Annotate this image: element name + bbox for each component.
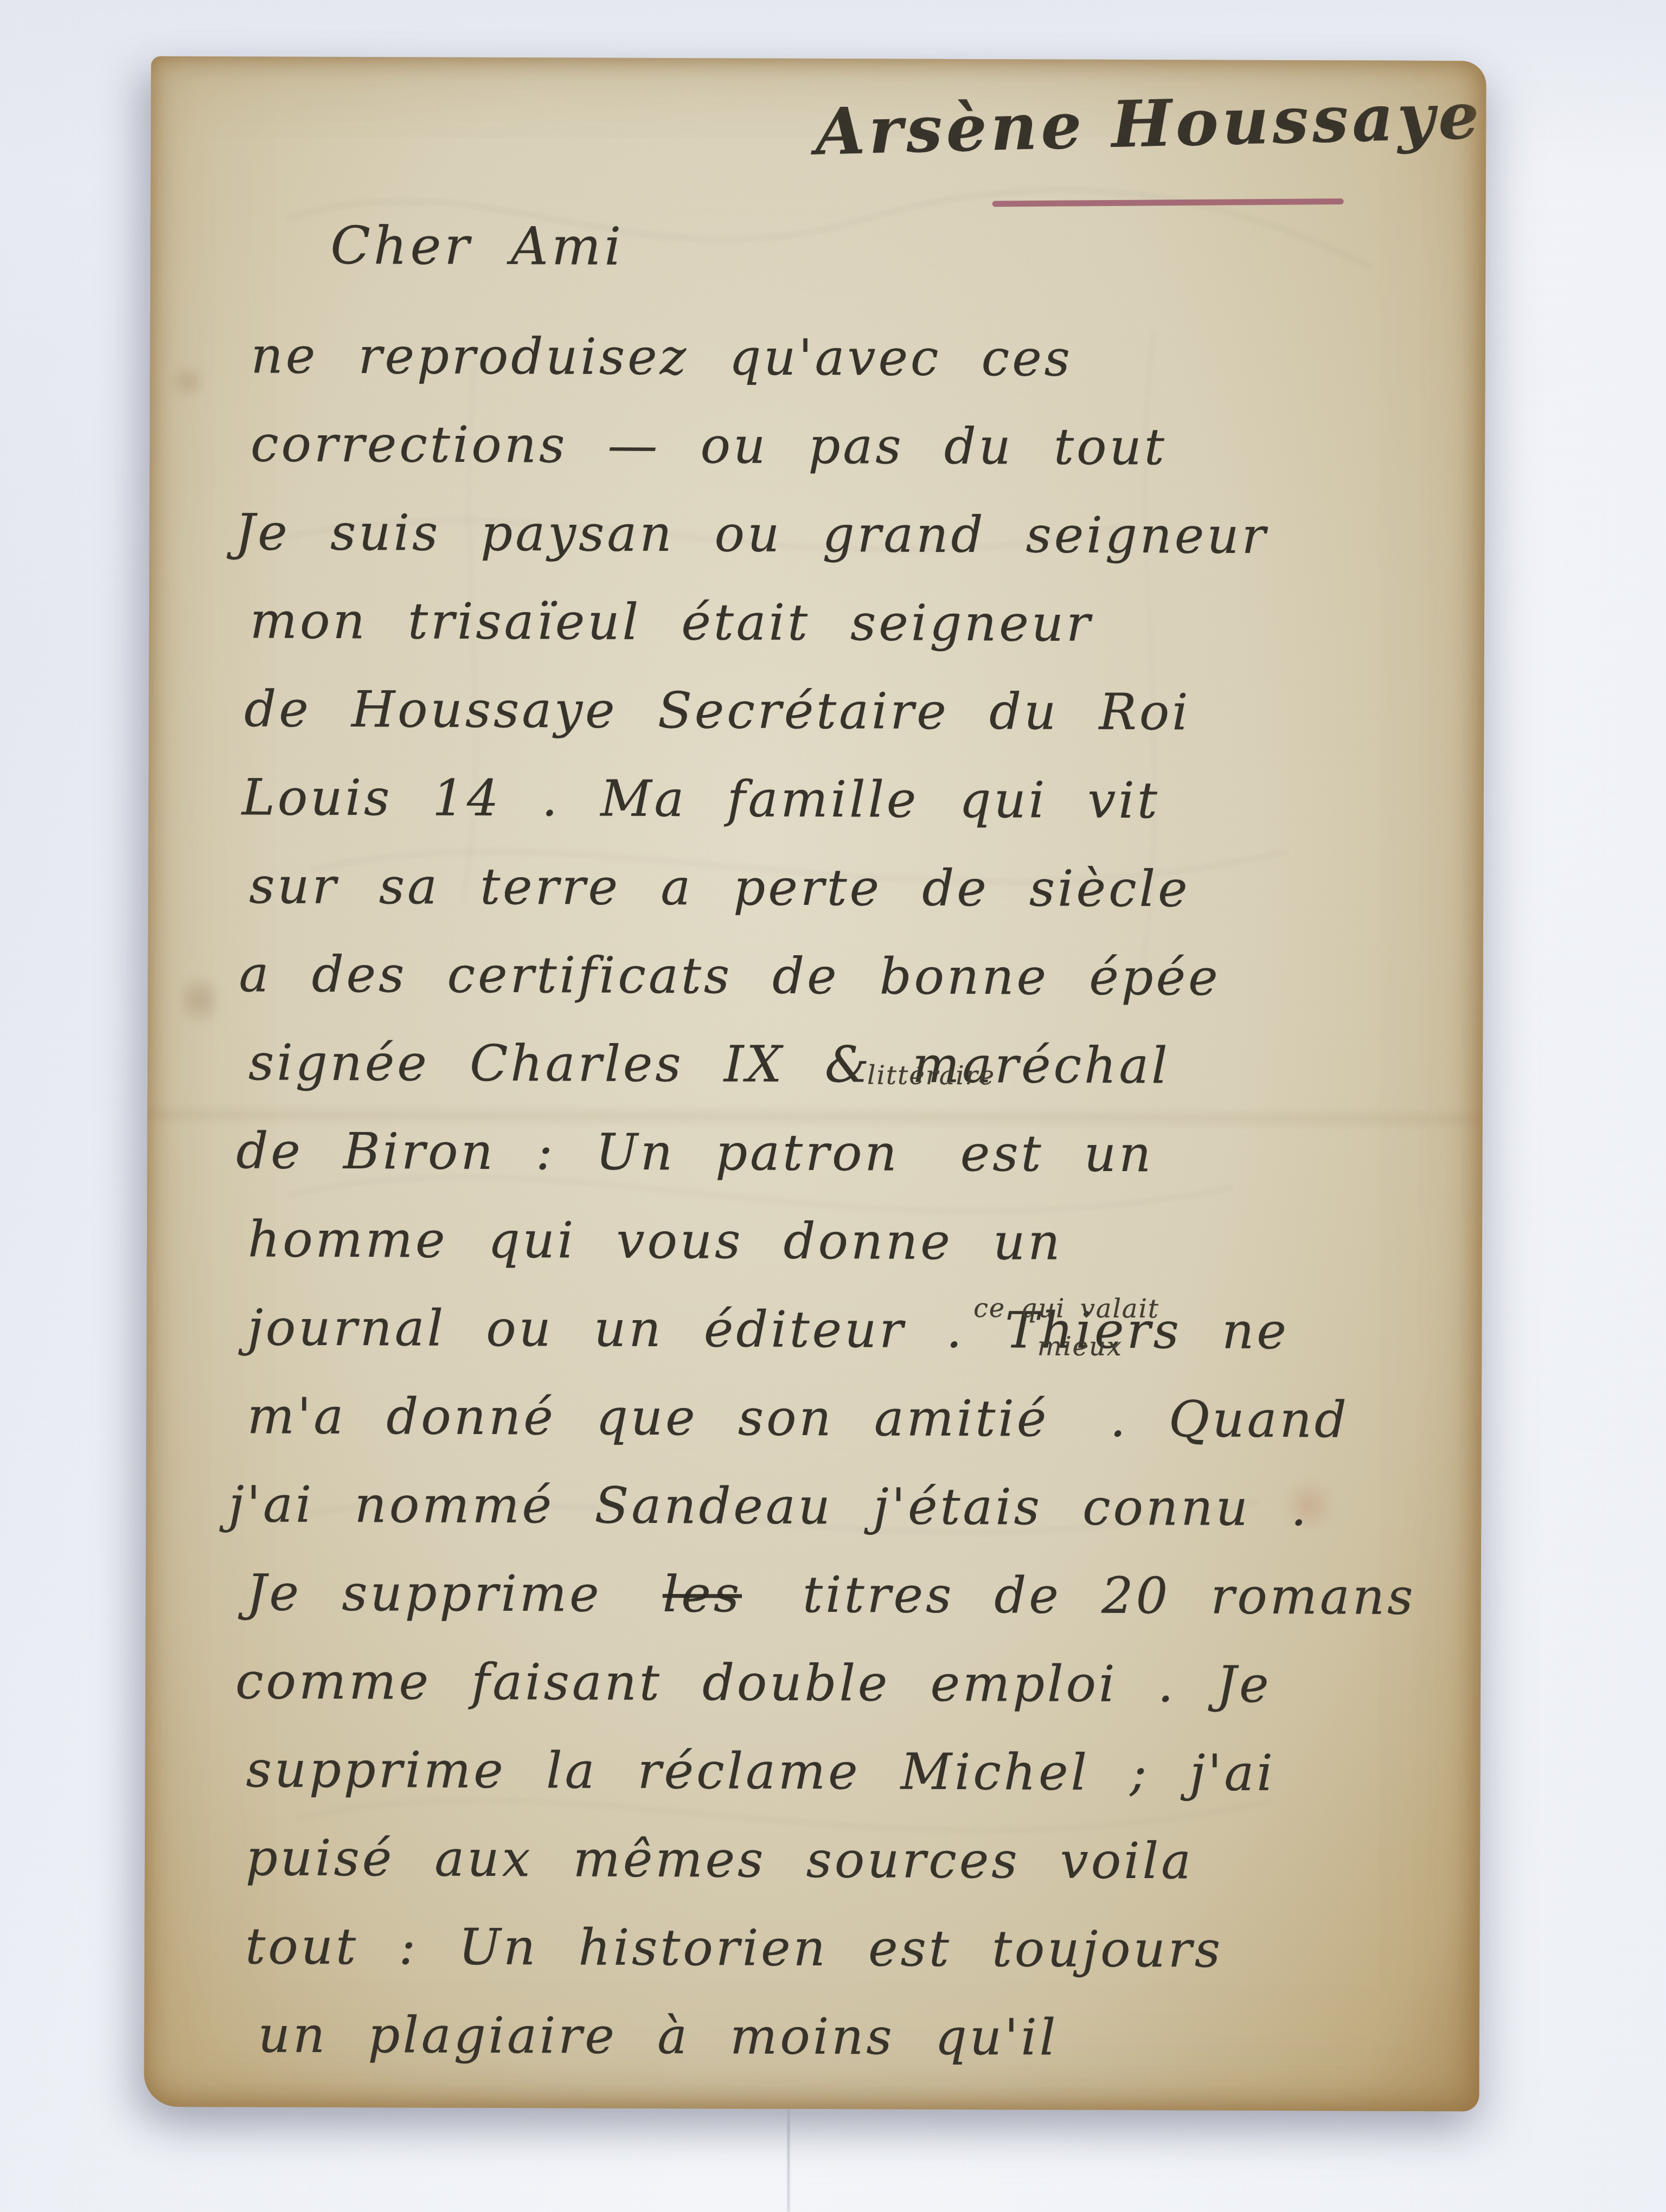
manuscript-line: un plagiaire à moins qu'il	[258, 2005, 1463, 2098]
manuscript-line: corrections — ou pas du tout	[251, 415, 1469, 507]
interline-insertion: littéraire	[867, 1060, 995, 1091]
red-ink-annotation: Arsène Houssaye	[815, 78, 1494, 169]
line-text: comme faisant double emploi . Je	[235, 1652, 1272, 1714]
manuscript-line: signée Charles IX & maréchal	[248, 1033, 1467, 1126]
line-text: a des certificats de bonne épée	[239, 945, 1221, 1006]
manuscript-line: tout : Un historien est toujours	[245, 1917, 1464, 2010]
manuscript-line: Je suis paysan ou grand seigneur	[235, 503, 1469, 596]
manuscript-line: homme qui vous donne un	[248, 1210, 1466, 1303]
struck-word: les	[663, 1565, 742, 1624]
manuscript-line: sur sa terre a perte de siècle	[249, 857, 1468, 949]
manuscript-line: puisé aux mêmes sources voila	[246, 1829, 1464, 1921]
line-text: Je suis paysan ou grand seigneur	[235, 503, 1268, 565]
line-text: corrections — ou pas du tout	[251, 415, 1167, 476]
paper-stain	[180, 967, 218, 1032]
manuscript-line: a des certificats de bonne épée	[239, 945, 1467, 1038]
line-text: de Biron : Un patron	[236, 1122, 899, 1182]
photo-background: Arsène Houssaye Cher Ami ne reproduisez …	[0, 0, 1666, 2212]
manuscript-line-with-strikethrough: Je supprime les titres de 20 romans	[246, 1564, 1465, 1656]
manuscript-line-with-insertion: m'a donné que son amitiéce qui valaitmie…	[247, 1387, 1465, 1480]
red-ink-underline	[992, 198, 1344, 207]
line-text: sur sa terre a perte de siècle	[249, 857, 1190, 918]
letter-body: ne reproduisez qu'avec ces corrections —…	[245, 326, 1469, 2098]
line-text: titres de 20 romans	[803, 1566, 1415, 1626]
manuscript-line: supprime la réclame Michel ; j'ai	[246, 1740, 1464, 1833]
line-text: Louis 14 . Ma famille qui vit	[242, 768, 1160, 829]
manuscript-line: Louis 14 . Ma famille qui vit	[241, 768, 1468, 861]
manuscript-line: ne reproduisez qu'avec ces	[251, 326, 1469, 419]
manuscript-line-with-insertion: de Biron : Un patronlittéraire est un	[236, 1122, 1466, 1214]
line-text: supprime la réclame Michel ; j'ai	[246, 1740, 1275, 1802]
line-text: tout : Un historien est toujours	[245, 1917, 1223, 1978]
salutation: Cher Ami	[330, 215, 624, 277]
line-text: ne reproduisez qu'avec ces	[251, 326, 1073, 387]
manuscript-paper: Arsène Houssaye Cher Ami ne reproduisez …	[144, 56, 1486, 2112]
line-text: est un	[960, 1124, 1154, 1183]
line-text: j'ai nommé Sandeau j'étais connu .	[228, 1475, 1309, 1537]
interline-insertion: mieux	[1037, 1331, 1123, 1362]
line-text: mon trisaïeul était seigneur	[250, 591, 1093, 652]
line-text: puisé aux mêmes sources voila	[246, 1829, 1194, 1890]
line-text: un plagiaire à moins qu'il	[258, 2005, 1059, 2066]
manuscript-line: j'ai nommé Sandeau j'étais connu .	[228, 1475, 1465, 1568]
line-text: signée Charles IX & maréchal	[248, 1033, 1170, 1095]
line-text: de Houssaye Secrétaire du Roi	[244, 680, 1191, 741]
manuscript-line: comme faisant double emploi . Je	[235, 1652, 1465, 1745]
line-text: m'a donné que son amitié	[247, 1387, 1049, 1448]
line-text: . Quand	[1110, 1390, 1349, 1449]
interline-insertion: ce qui valait	[973, 1293, 1159, 1324]
manuscript-line: journal ou un éditeur . Thiers ne	[247, 1298, 1466, 1391]
backdrop-seam-line	[787, 2093, 790, 2212]
manuscript-line: mon trisaïeul était seigneur	[250, 591, 1469, 684]
manuscript-line: de Houssaye Secrétaire du Roi	[244, 680, 1468, 773]
paper-stain	[171, 360, 204, 403]
line-text: Je supprime	[247, 1564, 602, 1623]
line-text: homme qui vous donne un	[248, 1210, 1063, 1271]
